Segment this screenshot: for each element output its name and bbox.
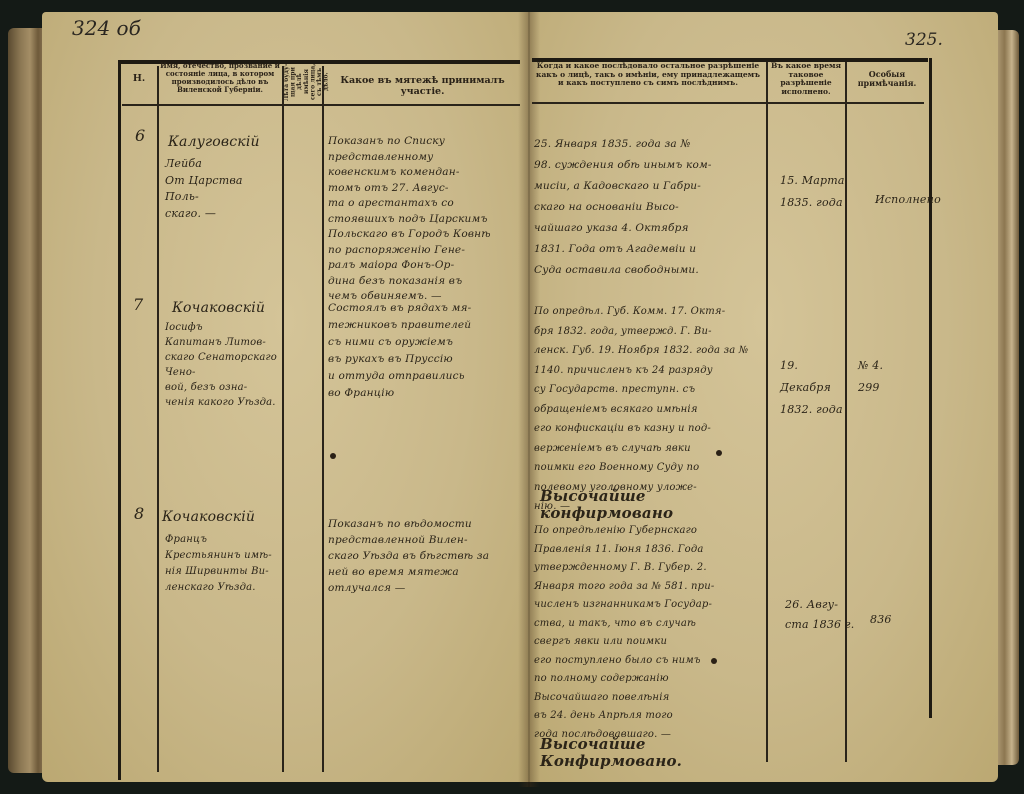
header-executed: Въ какое время таковое разрѣшеніе исполн… [768,62,844,97]
row-8-name: Кочаковскій [162,507,255,527]
left-border-line [118,60,121,780]
row-7-resolution: По опредѣл. Губ. Комм. 17. Октя- бря 183… [534,302,766,517]
row-6-number: 6 [135,128,145,145]
header-bottom-rule-right [532,102,924,104]
row-8-name-details: Францъ Крестьянинъ имѣ- нія Ширвинты Ви-… [165,532,280,596]
row-6-name: Калуговскій [168,132,260,152]
header-property: Лѣта буду­щая при дѣлѣ имѣнія сего лица,… [284,62,320,102]
right-border-line [929,58,932,718]
left-page-number: 324 об [72,16,141,40]
col-divider-2 [282,66,284,772]
row-6-resolution: 25. Января 1835. года за № 98. суждения … [534,134,766,281]
right-page-edges [995,30,1019,765]
row-7-name: Кочаковскій [172,298,265,318]
row-6-name-details: Лейба От Царства Поль- скаго. — [165,156,280,222]
row-8-number: 8 [134,506,144,523]
header-notes: Особыя примѣчанія. [847,70,927,88]
row-8-executed: 26. Авгу- ста 1836 г. [785,595,855,635]
ink-spot [330,453,336,459]
header-bottom-rule-left [122,104,520,106]
row-7-number: 7 [133,297,143,314]
col-divider-1 [157,66,159,772]
row-8-resolution-confirmation: Высочайше Конфирмовано. [540,736,780,769]
row-8-participation: Показанъ по вѣдомости представленной Вил… [328,516,518,596]
ink-spot [711,658,717,664]
row-8-notes: 836 [870,612,892,629]
row-7-resolution-confirmation: Высочайше конфирмовано [540,488,780,521]
row-8-resolution: По опредѣленію Губернскаго Правленія 11.… [534,522,766,744]
col-divider-3 [322,66,324,772]
row-7-executed: 19. Декабря 1832. года [780,355,850,421]
right-page-number: 325. [905,30,943,50]
row-7-name-details: Іосифъ Капитанъ Литов- скаго Сенаторскаг… [165,320,280,410]
col-divider-4 [766,62,768,762]
ink-spot [716,450,722,456]
row-7-participation: Состоялъ въ рядахъ мя- тежниковъ правите… [328,300,518,402]
row-6-participation: Показанъ по Списку представленному ковен… [328,134,518,305]
header-name: Имя, отечество, прозвание и состояніе ли… [159,62,281,94]
header-number: Н. [122,74,156,85]
row-6-notes: Исполнено [875,192,941,209]
row-7-notes: № 4. 299 [858,355,928,399]
open-ledger-book: 324 об 325. Н. Имя, отечество, прозвание… [0,0,1024,794]
header-resolution: Когда и какое послѣдовало остальное разр… [532,62,764,88]
header-participation: Какое въ мятежѣ принималъ участіе. [325,76,520,98]
